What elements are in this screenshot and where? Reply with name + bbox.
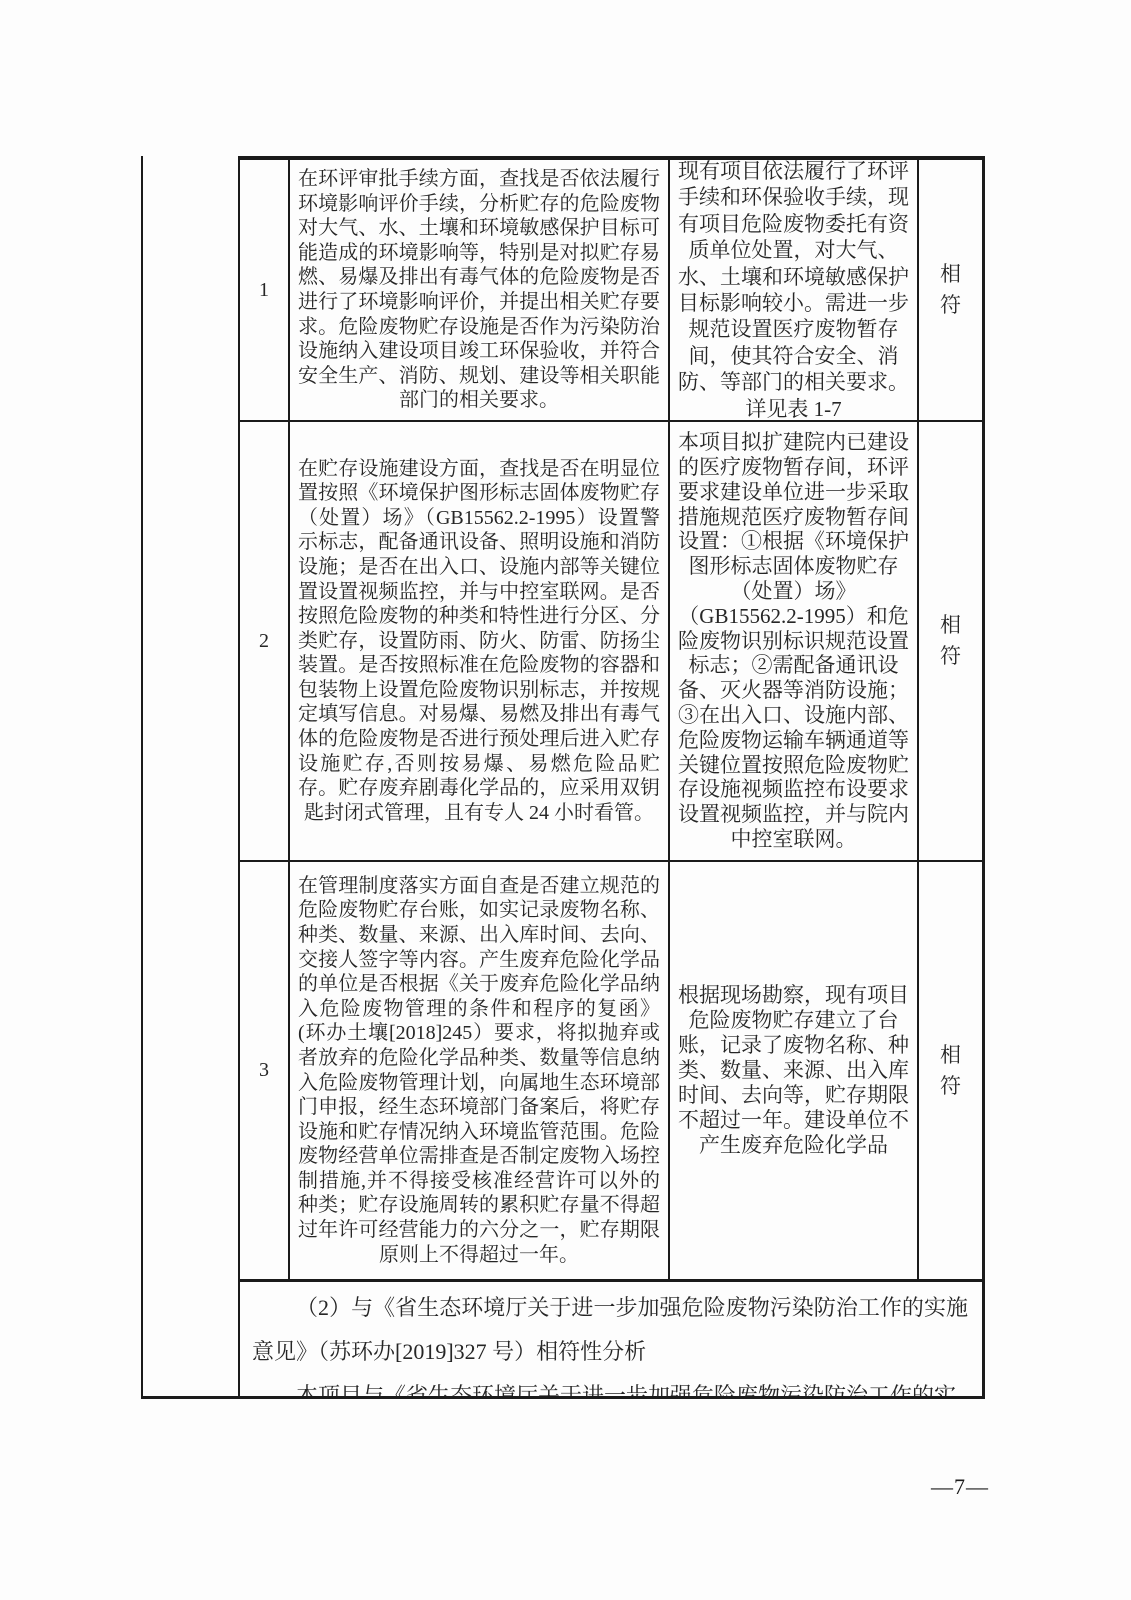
actual-situation-cell: 现有项目依法履行了环评手续和环保验收手续，现有项目危险废物委托有资质单位处置，对…: [670, 156, 919, 422]
footer-analysis-cell: （2）与《省生态环境厅关于进一步加强危险废物污染防治工作的实施意见》（苏环办[2…: [240, 1282, 985, 1396]
self-check-requirement-cell: 在贮存设施建设方面，查找是否在明显位置按照《环境保护图形标志固体废物贮存（处置）…: [290, 422, 670, 862]
self-check-text: 在贮存设施建设方面，查找是否在明显位置按照《环境保护图形标志固体废物贮存（处置）…: [298, 457, 660, 826]
row-number-cell: 2: [240, 422, 290, 862]
conformity-status-text: 相符: [939, 610, 963, 672]
self-check-requirement-cell: 在环评审批手续方面，查找是否依法履行环境影响评价手续，分析贮存的危险废物对大气、…: [290, 156, 670, 422]
self-check-text: 在环评审批手续方面，查找是否依法履行环境影响评价手续，分析贮存的危险废物对大气、…: [298, 167, 660, 413]
document-page: 1 在环评审批手续方面，查找是否依法履行环境影响评价手续，分析贮存的危险废物对大…: [0, 0, 1131, 1600]
page-number: —7—: [931, 1474, 989, 1500]
conformity-status-text: 相符: [939, 259, 963, 321]
row-number: 3: [259, 1059, 269, 1082]
conformity-status-cell: 相符: [919, 422, 985, 862]
actual-situation-cell: 根据现场勘察，现有项目危险废物贮存建立了台账，记录了废物名称、种类、数量、来源、…: [670, 862, 919, 1282]
actual-situation-text: 根据现场勘察，现有项目危险废物贮存建立了台账，记录了废物名称、种类、数量、来源、…: [677, 983, 910, 1158]
row-number: 2: [259, 630, 269, 653]
conformity-status-cell: 相符: [919, 862, 985, 1282]
footer-paragraph-body: 本项目与《省生态环境厅关于进一步加强危险废物污染防治工作的实: [252, 1374, 968, 1396]
table-left-empty-cell: [141, 156, 240, 1396]
row-number-cell: 1: [240, 156, 290, 422]
actual-situation-cell: 本项目拟扩建院内已建设的医疗废物暂存间，环评要求建设单位进一步采取措施规范医疗废…: [670, 422, 919, 862]
compliance-analysis-table: 1 在环评审批手续方面，查找是否依法履行环境影响评价手续，分析贮存的危险废物对大…: [141, 156, 985, 1399]
self-check-requirement-cell: 在管理制度落实方面自查是否建立规范的危险废物贮存台账，如实记录废物名称、种类、数…: [290, 862, 670, 1282]
conformity-status-text: 相符: [939, 1040, 963, 1102]
actual-situation-text: 本项目拟扩建院内已建设的医疗废物暂存间，环评要求建设单位进一步采取措施规范医疗废…: [677, 430, 910, 852]
row-number-cell: 3: [240, 862, 290, 1282]
conformity-status-cell: 相符: [919, 156, 985, 422]
self-check-text: 在管理制度落实方面自查是否建立规范的危险废物贮存台账，如实记录废物名称、种类、数…: [298, 874, 660, 1268]
actual-situation-text: 现有项目依法履行了环评手续和环保验收手续，现有项目危险废物委托有资质单位处置，对…: [677, 158, 910, 422]
footer-paragraph-heading: （2）与《省生态环境厅关于进一步加强危险废物污染防治工作的实施意见》（苏环办[2…: [252, 1286, 968, 1374]
row-number: 1: [259, 279, 269, 302]
